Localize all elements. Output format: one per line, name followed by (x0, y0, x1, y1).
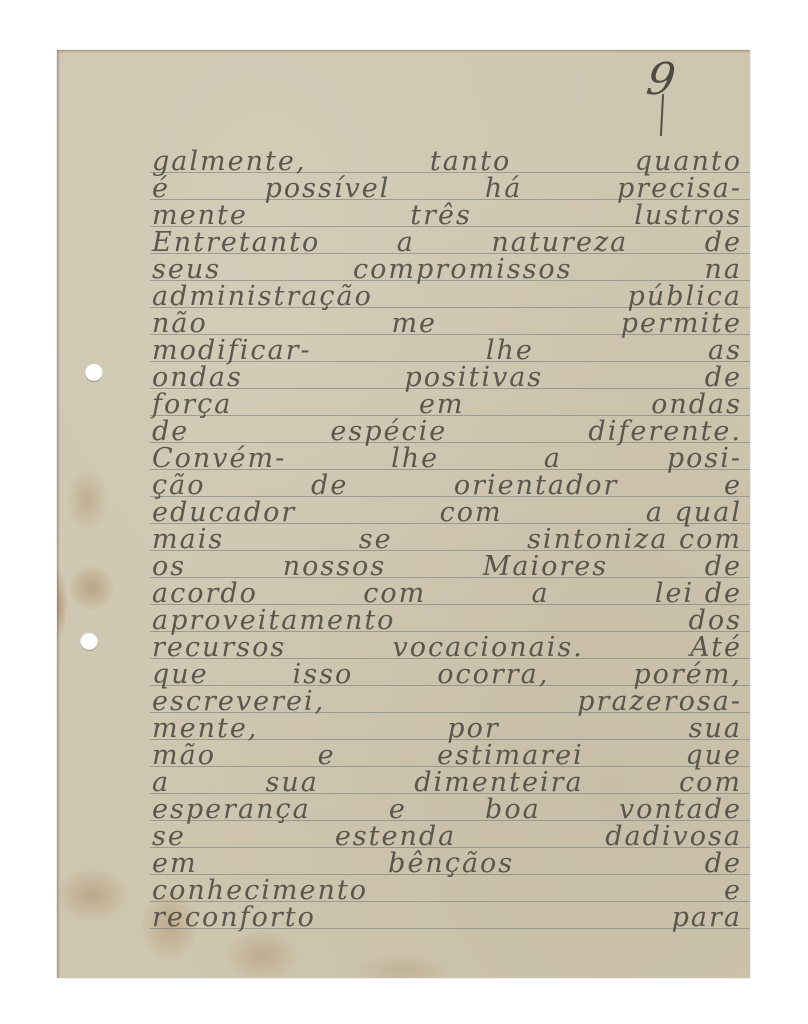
stain-left-edge (57, 570, 67, 640)
punch-hole-lower (80, 633, 98, 651)
handwritten-word: Maiores (483, 553, 608, 580)
handwritten-line: osnossosMaioresde (152, 553, 742, 580)
handwritten-word: se (359, 526, 393, 553)
handwritten-word: reconforto (152, 904, 316, 931)
handwritten-word: ondas (152, 364, 243, 391)
handwritten-word: mente, (152, 715, 258, 742)
handwritten-word: sua (266, 769, 319, 796)
handwritten-word: a qual (646, 499, 742, 526)
handwritten-line: Entretantoanaturezade (152, 229, 742, 256)
handwritten-word: e (389, 796, 407, 823)
handwritten-word: sua (689, 715, 742, 742)
handwritten-word: nossos (283, 553, 386, 580)
handwritten-word: e (724, 472, 742, 499)
handwritten-word: escreverei, (152, 688, 325, 715)
handwritten-word: acordo (152, 580, 258, 607)
handwritten-word: Até (690, 634, 742, 661)
handwritten-word: Convém- (152, 445, 286, 472)
handwritten-word: dimenteira (414, 769, 583, 796)
handwritten-word: a (544, 445, 562, 472)
stain-bottom-left (57, 870, 127, 920)
handwritten-line: reconfortopara (152, 904, 742, 931)
handwritten-word: posi- (667, 445, 742, 472)
handwritten-word: administração (152, 283, 373, 310)
handwritten-word: a (152, 769, 170, 796)
handwritten-line: deespéciediferente. (152, 418, 742, 445)
handwritten-word: estimarei (437, 742, 584, 769)
handwritten-word: aproveitamento (152, 607, 395, 634)
handwritten-line: embênçãosde (152, 850, 742, 877)
handwritten-word: permite (621, 310, 742, 337)
handwritten-word: compromissos (353, 256, 573, 283)
handwritten-word: mais (152, 526, 224, 553)
handwritten-word: em (419, 391, 465, 418)
handwritten-word: tanto (430, 148, 511, 175)
handwritten-word: de (705, 229, 742, 256)
handwritten-word: Entretanto (152, 229, 320, 256)
handwritten-word: de (705, 364, 742, 391)
handwritten-word: a (532, 580, 550, 607)
paper-edge-left (57, 50, 60, 978)
handwritten-word: sintoniza com (527, 526, 742, 553)
handwritten-word: esperança (152, 796, 311, 823)
stain-upper-left (67, 470, 107, 530)
handwritten-word: isso (293, 661, 354, 688)
handwritten-line: épossívelháprecisa- (152, 175, 742, 202)
handwritten-line: galmente,tantoquanto (152, 148, 742, 175)
handwritten-word: porém, (633, 661, 742, 688)
handwritten-word: conhecimento (152, 877, 368, 904)
handwritten-word: positivas (404, 364, 543, 391)
handwritten-word: quanto (635, 148, 742, 175)
handwritten-line: educadorcoma qual (152, 499, 742, 526)
handwritten-word: de (311, 472, 348, 499)
handwritten-word: na (705, 256, 743, 283)
handwritten-word: boa (485, 796, 541, 823)
handwritten-word: não (152, 310, 208, 337)
handwritten-word: natureza (491, 229, 628, 256)
handwritten-line: esperançaeboavontade (152, 796, 742, 823)
handwritten-word: seus (152, 256, 221, 283)
handwritten-word: mente (152, 202, 248, 229)
handwritten-word: lei de (655, 580, 742, 607)
handwritten-line: nãomepermite (152, 310, 742, 337)
handwritten-line: Convém-lheaposi- (152, 445, 742, 472)
handwritten-word: é (152, 175, 170, 202)
handwritten-word: pública (628, 283, 742, 310)
handwritten-line: forçaemondas (152, 391, 742, 418)
handwritten-word: se (152, 823, 186, 850)
handwritten-line: acordocomalei de (152, 580, 742, 607)
handwritten-line: çãodeorientadore (152, 472, 742, 499)
handwritten-line: mãoeestimareique (152, 742, 742, 769)
handwritten-word: que (152, 661, 209, 688)
handwritten-word: de (152, 418, 189, 445)
handwritten-word: espécie (330, 418, 447, 445)
handwritten-word: com (363, 580, 426, 607)
handwritten-word: para (672, 904, 742, 931)
manuscript-sheet: 9 galmente,tantoquantoépossívelháprecisa… (57, 50, 750, 978)
handwritten-word: ção (152, 472, 205, 499)
handwritten-word: a (397, 229, 415, 256)
handwritten-line: modificar-lheas (152, 337, 742, 364)
handwritten-word: recursos (152, 634, 286, 661)
handwritten-word: prazerosa- (577, 688, 742, 715)
handwritten-word: vontade (619, 796, 742, 823)
handwritten-word: diferente. (588, 418, 742, 445)
handwritten-word: galmente, (152, 148, 306, 175)
handwritten-word: mão (152, 742, 216, 769)
handwritten-word: dadivosa (605, 823, 742, 850)
handwritten-word: lhe (486, 337, 534, 364)
handwritten-word: dos (689, 607, 742, 634)
handwritten-word: e (724, 877, 742, 904)
handwritten-line: mente,porsua (152, 715, 742, 742)
handwritten-word: precisa- (617, 175, 742, 202)
handwritten-word: os (152, 553, 186, 580)
handwritten-word: por (447, 715, 499, 742)
handwritten-word: três (410, 202, 472, 229)
handwritten-word: com (440, 499, 503, 526)
handwritten-word: lustros (634, 202, 742, 229)
handwritten-line: aproveitamentodos (152, 607, 742, 634)
handwritten-line: conhecimentoe (152, 877, 742, 904)
handwritten-line: escreverei,prazerosa- (152, 688, 742, 715)
handwritten-word: me (391, 310, 437, 337)
handwritten-word: educador (152, 499, 296, 526)
handwritten-word: bênçãos (388, 850, 514, 877)
handwritten-word: em (152, 850, 198, 877)
handwritten-word: de (705, 553, 742, 580)
handwritten-line: recursosvocacionais.Até (152, 634, 742, 661)
handwritten-word: vocacionais. (393, 634, 584, 661)
punch-hole-upper (85, 364, 103, 382)
handwritten-line: seuscompromissosna (152, 256, 742, 283)
handwritten-word: estenda (335, 823, 456, 850)
handwritten-word: modificar- (152, 337, 312, 364)
handwritten-word: de (705, 850, 742, 877)
handwritten-word: com (679, 769, 742, 796)
handwritten-word: que (685, 742, 742, 769)
handwritten-word: ondas (651, 391, 742, 418)
handwritten-line: ondaspositivasde (152, 364, 742, 391)
handwritten-word: lhe (391, 445, 439, 472)
handwritten-word: força (152, 391, 232, 418)
stain-mid-left (69, 565, 114, 610)
handwritten-line: maissesintoniza com (152, 526, 742, 553)
handwritten-line: queissoocorra,porém, (152, 661, 742, 688)
handwritten-word: orientador (454, 472, 619, 499)
handwritten-line: seestendadadivosa (152, 823, 742, 850)
handwritten-word: há (485, 175, 523, 202)
handwritten-word: ocorra, (437, 661, 549, 688)
handwritten-word: as (708, 337, 742, 364)
handwritten-line: asuadimenteiracom (152, 769, 742, 796)
handwritten-word: possível (265, 175, 391, 202)
handwritten-line: administraçãopública (152, 283, 742, 310)
handwritten-word: e (318, 742, 336, 769)
handwritten-line: mentetrêslustros (152, 202, 742, 229)
